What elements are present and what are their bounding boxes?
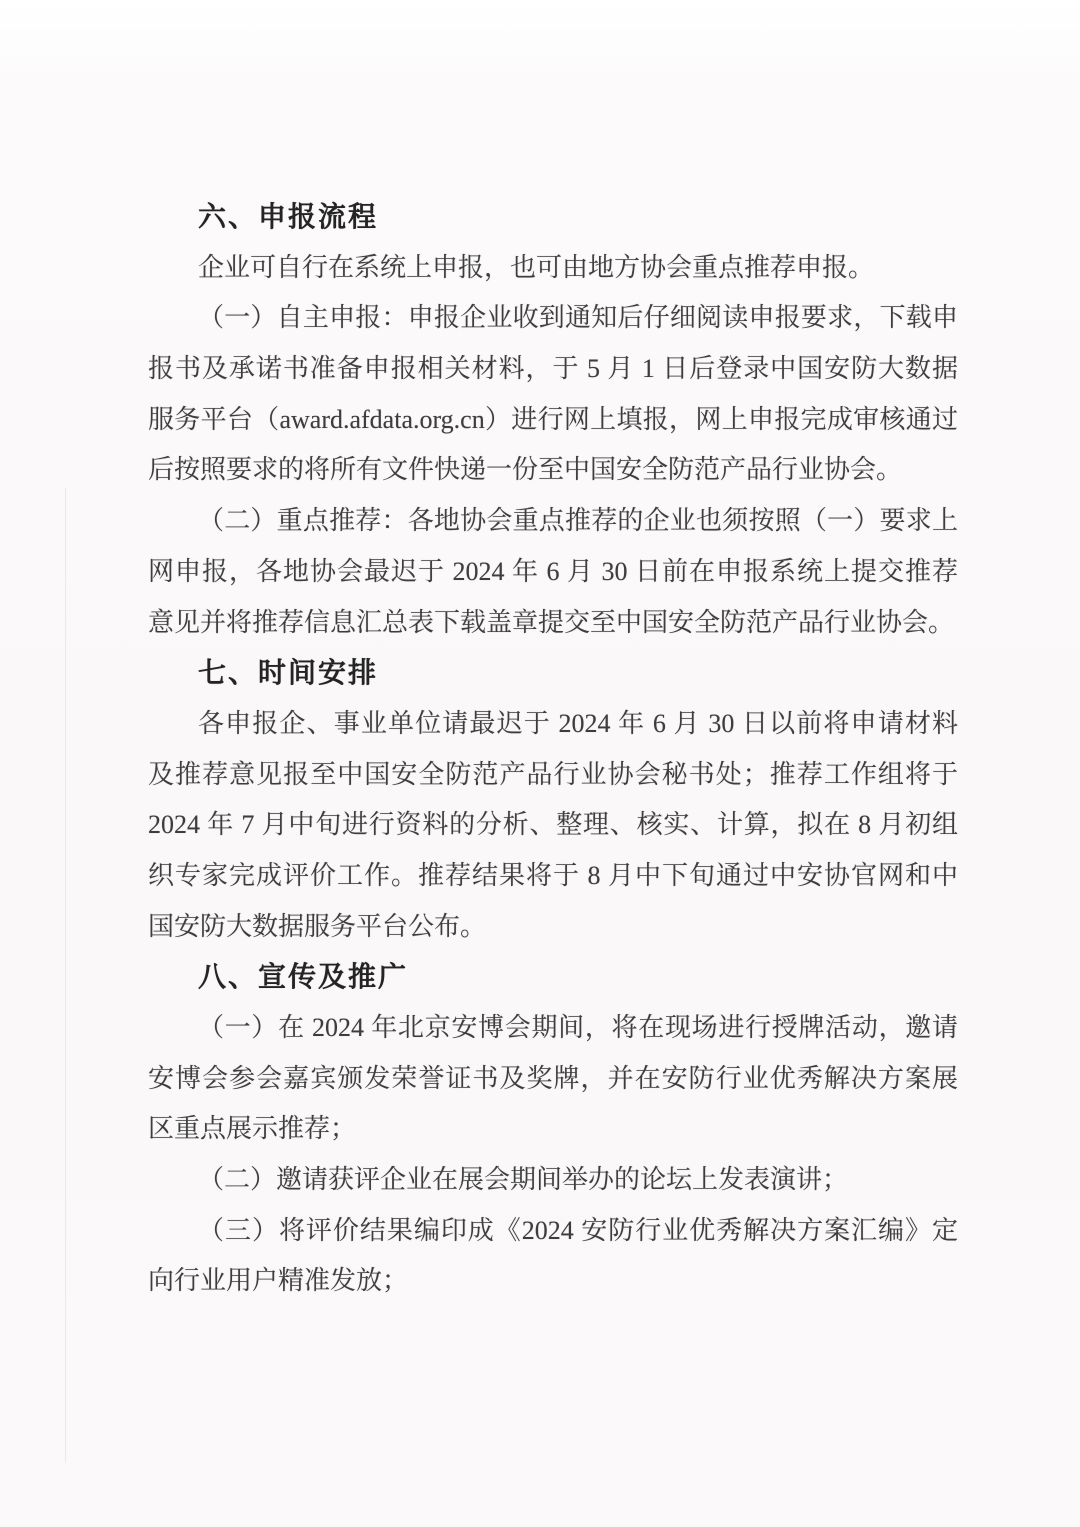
paragraph-line: 安博会参会嘉宾颁发荣誉证书及奖牌，并在安防行业优秀解决方案展 [148,1054,958,1105]
paragraph-line: 向行业用户精准发放； [148,1256,958,1307]
paragraph-line: 织专家完成评价工作。推荐结果将于 8 月中下旬通过中安协官网和中 [148,851,958,902]
document-content: 六、申报流程企业可自行在系统上申报，也可由地方协会重点推荐申报。（一）自主申报：… [148,192,958,1307]
paragraph-line: 各申报企、事业单位请最迟于 2024 年 6 月 30 日以前将申请材料 [148,699,958,750]
paragraph-line: 国安防大数据服务平台公布。 [148,902,958,953]
section-heading: 七、时间安排 [148,648,958,699]
paragraph-line: （二）重点推荐：各地协会重点推荐的企业也须按照（一）要求上 [148,496,958,547]
paragraph-line: （一）自主申报：申报企业收到通知后仔细阅读申报要求，下载申 [148,293,958,344]
document-page: 六、申报流程企业可自行在系统上申报，也可由地方协会重点推荐申报。（一）自主申报：… [0,0,1080,1527]
scan-artifact-line [65,488,66,1463]
paragraph-line: 区重点展示推荐； [148,1104,958,1155]
section-heading: 八、宣传及推广 [148,952,958,1003]
paragraph-line: 后按照要求的将所有文件快递一份至中国安全防范产品行业协会。 [148,445,958,496]
paragraph-line: （一）在 2024 年北京安博会期间，将在现场进行授牌活动，邀请 [148,1003,958,1054]
paragraph-line: 服务平台（award.afdata.org.cn）进行网上填报，网上申报完成审核… [148,395,958,446]
paragraph-line: 意见并将推荐信息汇总表下载盖章提交至中国安全防范产品行业协会。 [148,598,958,649]
section-heading: 六、申报流程 [148,192,958,243]
paragraph-line: 2024 年 7 月中旬进行资料的分析、整理、核实、计算，拟在 8 月初组 [148,800,958,851]
paragraph-line: 企业可自行在系统上申报，也可由地方协会重点推荐申报。 [148,243,958,294]
page: { "page": { "width_px": 1080, "height_px… [0,0,1080,1527]
paragraph-line: 报书及承诺书准备申报相关材料，于 5 月 1 日后登录中国安防大数据 [148,344,958,395]
paragraph-line: 及推荐意见报至中国安全防范产品行业协会秘书处；推荐工作组将于 [148,750,958,801]
paragraph-line: 网申报，各地协会最迟于 2024 年 6 月 30 日前在申报系统上提交推荐 [148,547,958,598]
paragraph-line: （二）邀请获评企业在展会期间举办的论坛上发表演讲； [148,1155,958,1206]
paragraph-line: （三）将评价结果编印成《2024 安防行业优秀解决方案汇编》定 [148,1206,958,1257]
